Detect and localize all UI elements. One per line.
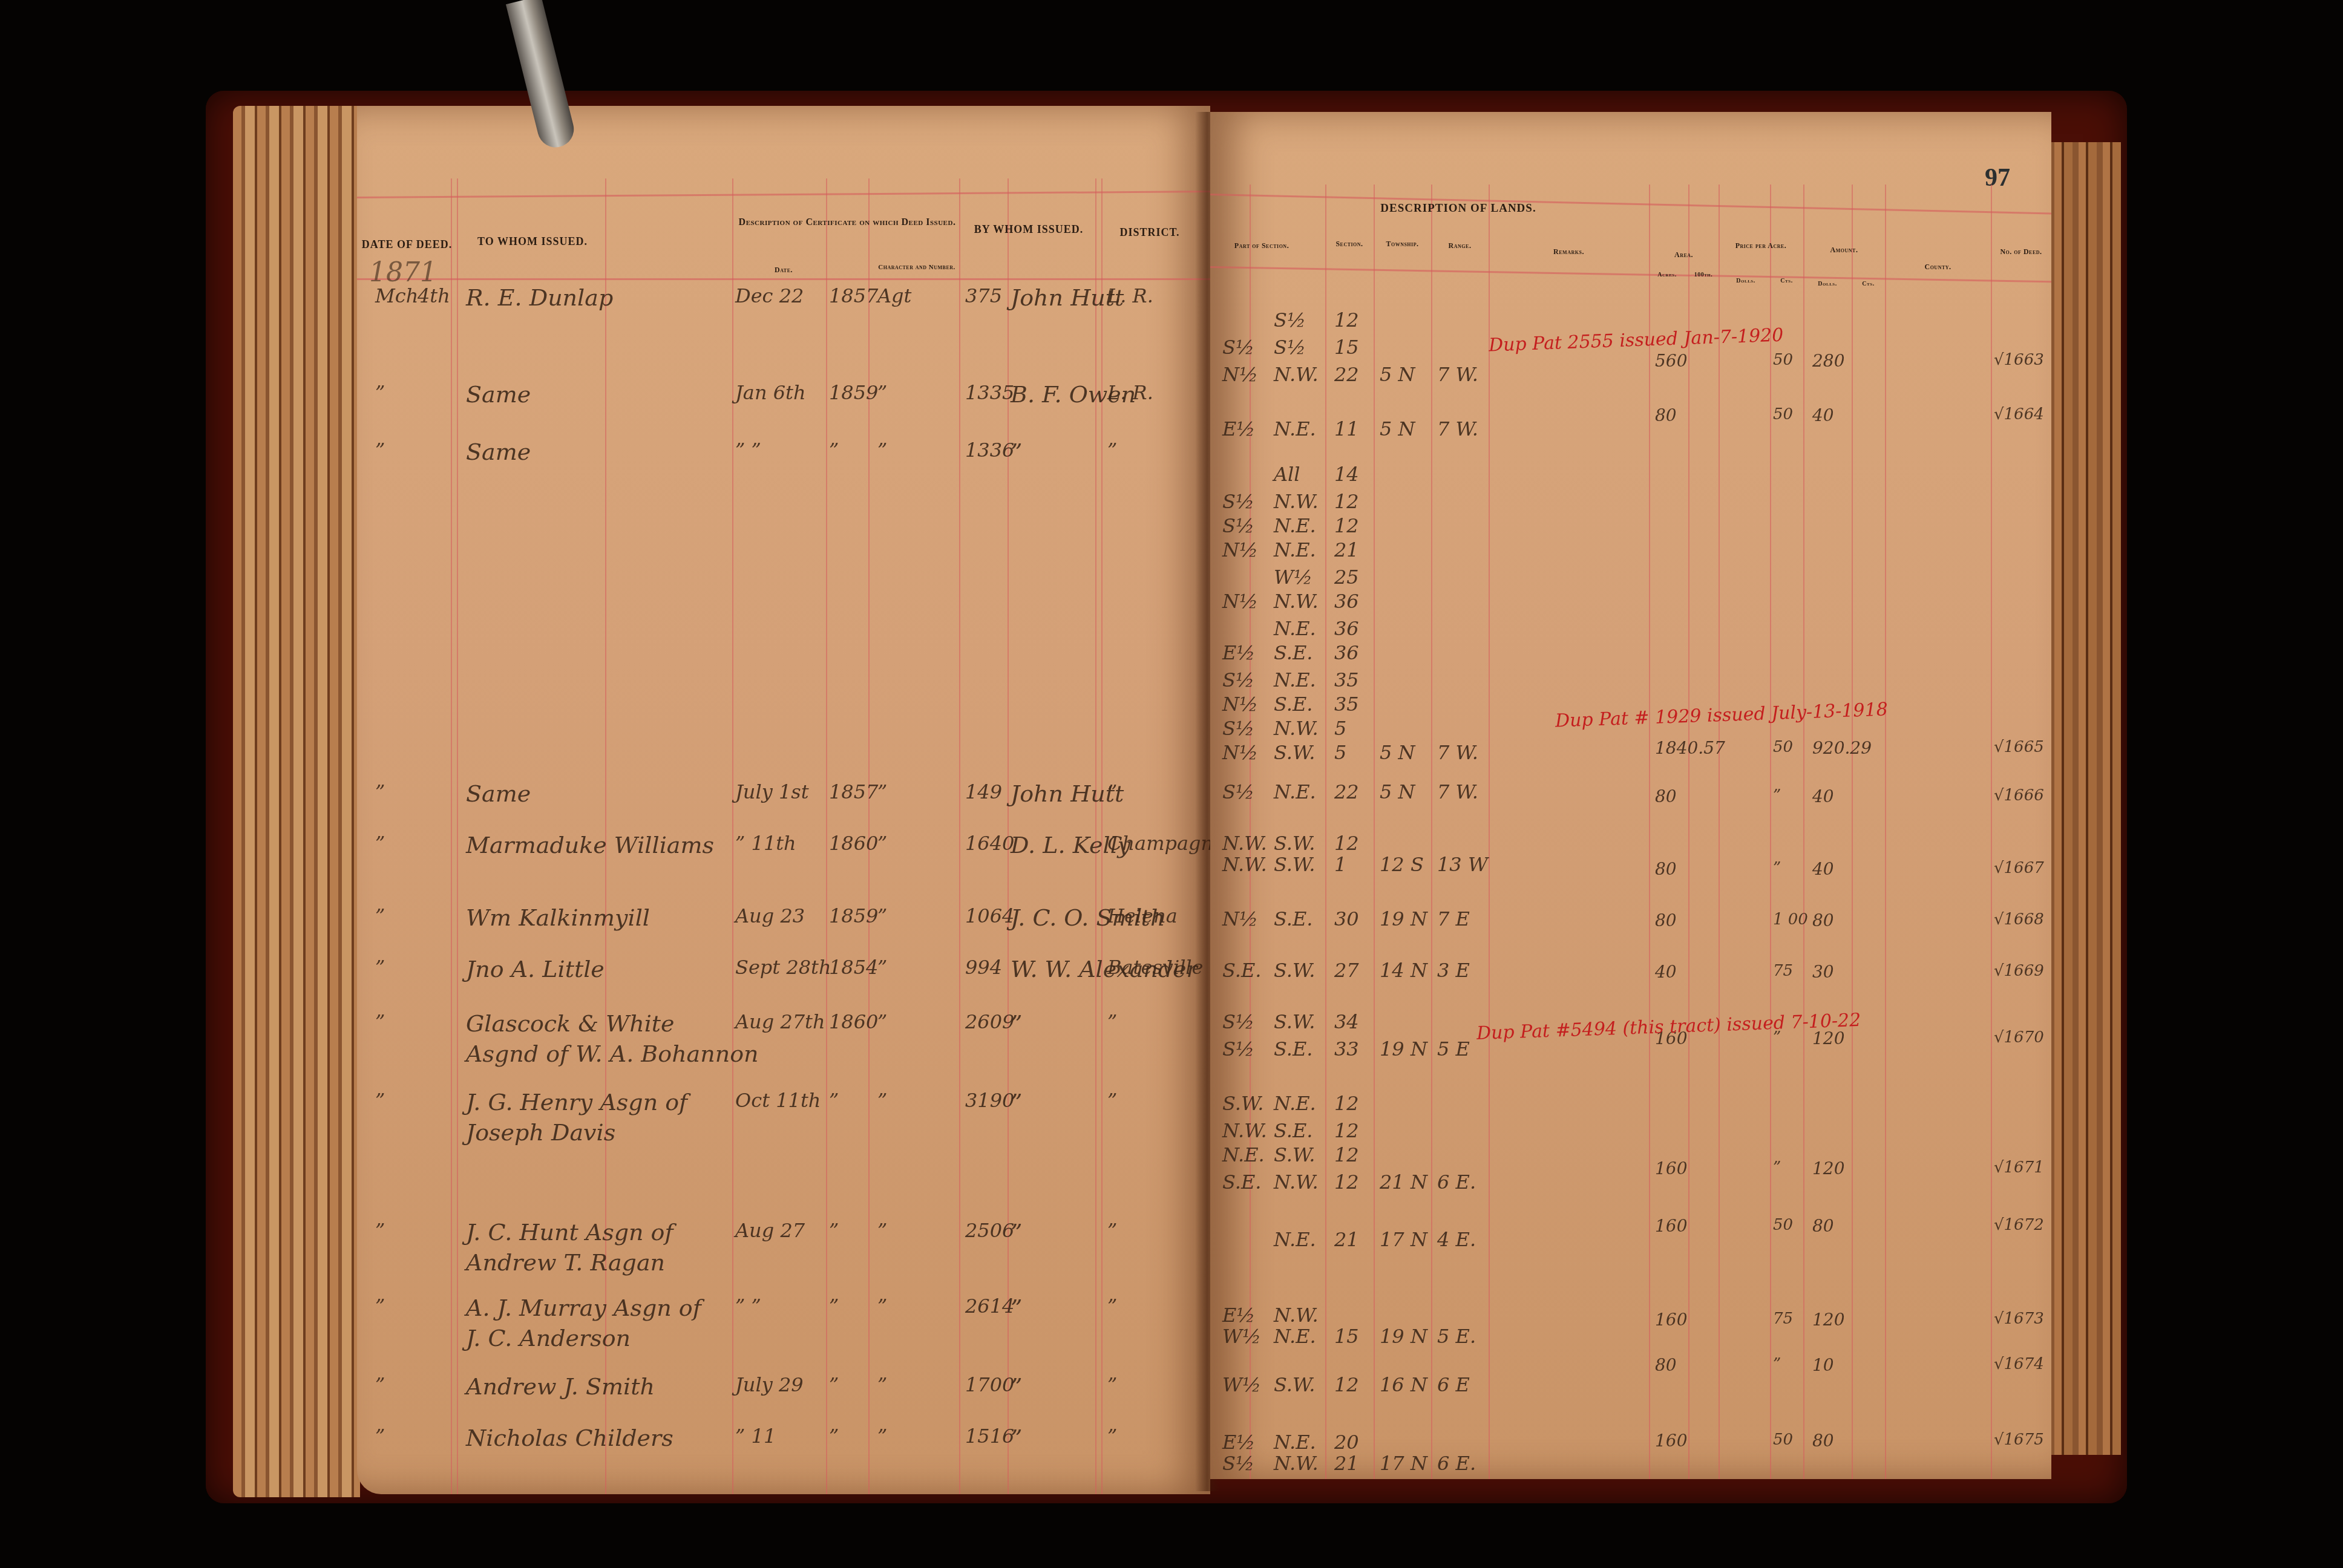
entry-district: Batesville (1107, 956, 1204, 979)
land-section: 14 (1334, 463, 1359, 486)
land-section: 36 (1334, 641, 1359, 664)
land-subdivision: N.E. (1274, 780, 1316, 803)
entry-cert-date: Aug 27th (735, 1010, 825, 1033)
land-subdivision: N.E. (1274, 1431, 1316, 1454)
land-part: N½ (1222, 538, 1258, 561)
page-edges-left (233, 106, 360, 1497)
land-section: 12 (1334, 490, 1359, 513)
entry-district: L. R. (1107, 381, 1153, 404)
entry-cert-year: ” (829, 1219, 839, 1242)
entry-name-line2: Asgnd of W. A. Bohannon (466, 1040, 759, 1067)
entry-name: R. E. Dunlap (466, 284, 613, 311)
land-part: S½ (1222, 668, 1254, 691)
entry-month: ” (375, 1089, 385, 1112)
land-subdivision: S.W. (1274, 853, 1315, 876)
entry-name: J. G. Henry Asgn of (466, 1089, 687, 1116)
entry-cert-date: ” 11th (735, 832, 796, 855)
land-township: 17 N (1380, 1228, 1427, 1251)
amount-dollars: 80 (1812, 910, 1834, 930)
area-acres: 80 (1655, 859, 1677, 879)
land-subdivision: N.W. (1274, 363, 1319, 386)
header-price-dolls: Dolls. (1722, 278, 1770, 285)
price-cents: ” (1773, 1158, 1781, 1177)
land-subdivision: S.W. (1274, 1373, 1315, 1396)
price-cents: 1 00 (1773, 910, 1808, 929)
land-range: 6 E (1437, 1373, 1470, 1396)
land-section: 11 (1334, 417, 1359, 440)
entry-cert-date: ” ” (735, 1295, 761, 1318)
price-cents: 50 (1773, 738, 1793, 756)
entry-cert-year: 1860 (829, 832, 878, 855)
entry-name: Wm Kalkinmyill (466, 904, 650, 931)
entry-cert-date: July 29 (735, 1373, 804, 1396)
header-section: Section. (1325, 240, 1374, 248)
price-cents: 50 (1773, 405, 1793, 423)
land-part: S½ (1222, 780, 1254, 803)
entry-by-whom: ” (1011, 1089, 1022, 1116)
land-subdivision: N.E. (1274, 1325, 1316, 1348)
amount-dollars: 10 (1812, 1355, 1834, 1375)
land-subdivision: N.W. (1274, 717, 1319, 740)
land-subdivision: S.W. (1274, 1010, 1315, 1033)
land-township: 16 N (1380, 1373, 1427, 1396)
land-section: 21 (1334, 1452, 1359, 1475)
header-cert-date: Date. (738, 266, 829, 274)
col-rule (1649, 185, 1650, 1479)
entry-name-line2: Andrew T. Ragan (466, 1249, 665, 1276)
amount-dollars: 40 (1812, 786, 1834, 806)
entry-character: ” (877, 1010, 887, 1033)
entry-character: ” (877, 904, 887, 927)
entry-cert-year: 1854 (829, 956, 878, 979)
land-township: 12 S (1380, 853, 1424, 876)
entry-district: ” (1107, 1425, 1117, 1448)
header-cert-character-number: Character and Number. (871, 264, 962, 272)
entry-name: Nicholas Childers (466, 1425, 673, 1451)
header-to-whom-issued: TO WHOM ISSUED. (460, 236, 605, 247)
entry-month: Mch (375, 284, 418, 307)
land-subdivision: N.W. (1274, 590, 1319, 613)
entry-name: Glascock & White (466, 1010, 675, 1037)
col-rule (959, 178, 960, 1494)
entry-by-whom: ” (1011, 1219, 1022, 1246)
land-range: 7 E (1437, 907, 1470, 930)
land-part: S½ (1222, 514, 1254, 537)
entry-name: Jno A. Little (466, 956, 605, 982)
col-rule (1803, 185, 1804, 1479)
header-amount-cts: Cts. (1852, 281, 1885, 288)
land-range: 6 E. (1437, 1452, 1476, 1475)
land-part: E½ (1222, 1304, 1255, 1327)
land-township: 5 N (1380, 417, 1415, 440)
entry-character: ” (877, 956, 887, 979)
entry-cert-number: 3190 (965, 1089, 1014, 1112)
entry-cert-number: 2609 (965, 1010, 1014, 1033)
land-township: 14 N (1380, 959, 1427, 982)
land-township: 5 N (1380, 363, 1415, 386)
entry-cert-year: 1859 (829, 381, 878, 404)
land-section: 12 (1334, 1373, 1359, 1396)
amount-dollars: 40 (1812, 405, 1834, 425)
deed-number: √1666 (1994, 786, 2044, 805)
entry-cert-year: 1859 (829, 904, 878, 927)
entry-cert-number: 1700 (965, 1373, 1014, 1396)
header-date-of-deed: DATE OF DEED. (357, 239, 457, 250)
entry-name: Marmaduke Williams (466, 832, 714, 858)
deed-number: √1667 (1994, 859, 2044, 877)
land-section: 5 (1334, 717, 1346, 740)
header-certificate: Description of Certificate on which Deed… (738, 218, 956, 228)
entry-district: ” (1107, 1373, 1117, 1396)
land-subdivision: S.E. (1274, 641, 1312, 664)
entry-by-whom: ” (1011, 1425, 1022, 1451)
price-cents: ” (1773, 859, 1781, 877)
entry-month: ” (375, 1425, 385, 1448)
land-subdivision: W½ (1274, 566, 1312, 589)
land-township: 21 N (1380, 1171, 1427, 1194)
col-rule (1719, 185, 1720, 1479)
land-subdivision: N.E. (1274, 1228, 1316, 1251)
land-part: S½ (1222, 490, 1254, 513)
price-cents: 50 (1773, 1216, 1793, 1234)
entry-by-whom: ” (1011, 1295, 1022, 1321)
land-subdivision: S.E. (1274, 1119, 1312, 1142)
amount-dollars: 30 (1812, 962, 1834, 982)
price-cents: ” (1773, 1355, 1781, 1373)
land-section: 12 (1334, 1119, 1359, 1142)
land-subdivision: N.W. (1274, 490, 1319, 513)
entry-character: ” (877, 780, 887, 803)
header-no-of-deed: No. of Deed. (1991, 248, 2051, 256)
col-rule (1770, 185, 1771, 1479)
amount-dollars: 120 (1812, 1158, 1844, 1178)
col-rule (451, 178, 452, 1494)
land-section: 12 (1334, 309, 1359, 332)
land-subdivision: S.W. (1274, 741, 1315, 764)
land-subdivision: N.E. (1274, 417, 1316, 440)
area-acres: 80 (1655, 405, 1677, 425)
col-rule (1852, 185, 1853, 1479)
price-cents: 75 (1773, 1310, 1793, 1328)
header-price-per-acre: Price per Acre. (1722, 242, 1800, 250)
entry-cert-year: ” (829, 1425, 839, 1448)
land-section: 1 (1334, 853, 1346, 876)
land-subdivision: S.W. (1274, 1143, 1315, 1166)
page-number: 97 (1985, 163, 2010, 192)
entry-cert-year: 1857 (829, 780, 878, 803)
entry-cert-number: 375 (965, 284, 1002, 307)
land-subdivision: N.W. (1274, 1171, 1319, 1194)
land-part: S½ (1222, 1452, 1254, 1475)
col-rule (457, 178, 458, 1494)
land-subdivision: All (1274, 463, 1300, 486)
deed-number: √1665 (1994, 738, 2044, 756)
land-range: 7 W. (1437, 363, 1478, 386)
col-rule (732, 178, 733, 1494)
land-section: 15 (1334, 1325, 1359, 1348)
page-edges-right (2048, 142, 2121, 1455)
entry-cert-date: ” 11 (735, 1425, 776, 1448)
entry-cert-year: 1857 (829, 284, 878, 307)
entry-month: ” (375, 381, 385, 404)
deed-number: √1669 (1994, 962, 2044, 980)
land-range: 6 E. (1437, 1171, 1476, 1194)
land-subdivision: N.E. (1274, 617, 1316, 640)
col-rule (1688, 185, 1689, 1479)
entry-district: Helena (1107, 904, 1178, 927)
land-section: 34 (1334, 1010, 1359, 1033)
entry-district: L. R. (1107, 284, 1153, 307)
land-section: 36 (1334, 617, 1359, 640)
entry-cert-number: 149 (965, 780, 1002, 803)
deed-number: √1663 (1994, 351, 2044, 369)
header-description-of-lands: DESCRIPTION OF LANDS. (1362, 203, 1555, 215)
land-range: 7 W. (1437, 741, 1478, 764)
land-part: E½ (1222, 417, 1255, 440)
land-part: N½ (1222, 693, 1258, 716)
entry-cert-number: 1336 (965, 439, 1014, 462)
land-subdivision: S.E. (1274, 693, 1312, 716)
land-subdivision: S½ (1274, 309, 1306, 332)
rule-top (1210, 194, 2051, 215)
entry-character: ” (877, 1219, 887, 1242)
entry-cert-number: 1335 (965, 381, 1014, 404)
entry-by-whom: ” (1011, 1373, 1022, 1400)
land-subdivision: N.E. (1274, 668, 1316, 691)
land-part: N½ (1222, 590, 1258, 613)
price-cents: 50 (1773, 1431, 1793, 1449)
entry-character: ” (877, 1089, 887, 1112)
land-subdivision: S.E. (1274, 907, 1312, 930)
entry-cert-date: Oct 11th (735, 1089, 821, 1112)
year-note: 1871 (369, 257, 437, 288)
entry-cert-year: ” (829, 439, 839, 462)
deed-number: √1670 (1994, 1028, 2044, 1047)
land-township: 19 N (1380, 1037, 1427, 1060)
amount-dollars: 280 (1812, 351, 1844, 371)
rule-header-bottom (357, 278, 1210, 280)
land-part: S½ (1222, 1037, 1254, 1060)
entry-character: ” (877, 381, 887, 404)
land-subdivision: S.W. (1274, 832, 1315, 855)
header-county: County. (1885, 263, 1991, 271)
entry-district: ” (1107, 1089, 1117, 1112)
land-part: N.E. (1222, 1143, 1265, 1166)
land-township: 5 N (1380, 741, 1415, 764)
entry-month: ” (375, 1219, 385, 1242)
entry-month: ” (375, 956, 385, 979)
entry-district: ” (1107, 1295, 1117, 1318)
area-acres: 160 (1655, 1310, 1687, 1330)
entry-month: ” (375, 1295, 385, 1318)
entry-cert-year: ” (829, 1373, 839, 1396)
entry-district: ” (1107, 780, 1117, 803)
entry-cert-number: 1516 (965, 1425, 1014, 1448)
entry-character: ” (877, 439, 887, 462)
land-section: 12 (1334, 832, 1359, 855)
entry-month: ” (375, 780, 385, 803)
entry-month: ” (375, 904, 385, 927)
land-subdivision: N.E. (1274, 514, 1316, 537)
entry-cert-date: ” ” (735, 439, 761, 462)
col-rule (1431, 185, 1432, 1479)
header-part-of-section: Part of Section. (1210, 242, 1313, 250)
entry-cert-date: Aug 23 (735, 904, 805, 927)
entry-cert-number: 1640 (965, 832, 1014, 855)
land-part: W½ (1222, 1325, 1261, 1348)
red-remark: Dup Pat 2555 issued Jan-7-1920 (1489, 325, 1784, 356)
area-acres: 160 (1655, 1431, 1687, 1451)
deed-number: √1672 (1994, 1216, 2044, 1234)
entry-by-whom: ” (1011, 439, 1022, 465)
deed-number: √1674 (1994, 1355, 2044, 1373)
col-rule (1325, 185, 1326, 1479)
deed-number: √1671 (1994, 1158, 2044, 1177)
entry-cert-year: ” (829, 1295, 839, 1318)
land-section: 25 (1334, 566, 1359, 589)
col-rule (1991, 185, 1992, 1479)
header-township: Township. (1374, 240, 1431, 248)
entry-cert-year: 1860 (829, 1010, 878, 1033)
land-subdivision: N.W. (1274, 1304, 1319, 1327)
entry-month: ” (375, 439, 385, 462)
land-range: 5 E. (1437, 1325, 1476, 1348)
land-range: 5 E (1437, 1037, 1470, 1060)
land-township: 5 N (1380, 780, 1415, 803)
entry-cert-date: Aug 27 (735, 1219, 805, 1242)
deed-number: √1664 (1994, 405, 2044, 423)
area-acres: 160 (1655, 1216, 1687, 1236)
left-page: DATE OF DEED. TO WHOM ISSUED. Descriptio… (357, 106, 1210, 1494)
amount-dollars: 120 (1812, 1310, 1844, 1330)
entry-cert-number: 2506 (965, 1219, 1014, 1242)
entry-district: ” (1107, 439, 1117, 462)
entry-cert-year: ” (829, 1089, 839, 1112)
entry-character: ” (877, 1373, 887, 1396)
entry-cert-number: 2614 (965, 1295, 1014, 1318)
red-remark: Dup Pat # 1929 issued July-13-1918 (1555, 699, 1889, 731)
land-part: S.E. (1222, 959, 1261, 982)
entry-character: ” (877, 1425, 887, 1448)
land-range: 7 W. (1437, 780, 1478, 803)
land-section: 30 (1334, 907, 1359, 930)
land-part: S½ (1222, 1010, 1254, 1033)
land-township: 17 N (1380, 1452, 1427, 1475)
amount-dollars: 920.29 (1812, 738, 1872, 758)
land-part: S½ (1222, 336, 1254, 359)
entry-day: 4th (418, 284, 450, 307)
land-part: N.W. (1222, 1119, 1267, 1142)
entry-month: ” (375, 832, 385, 855)
header-by-whom-issued: BY WHOM ISSUED. (962, 224, 1095, 235)
land-range: 3 E (1437, 959, 1470, 982)
deed-number: √1673 (1994, 1310, 2044, 1328)
entry-name: A. J. Murray Asgn of (466, 1295, 701, 1321)
land-subdivision: S.W. (1274, 959, 1315, 982)
entry-cert-date: Sept 28th (735, 956, 831, 979)
entry-cert-number: 994 (965, 956, 1002, 979)
entry-character: Agt (877, 284, 911, 307)
header-price-cts: Cts. (1770, 278, 1803, 285)
header-amount-dolls: Dolls. (1803, 281, 1852, 288)
entry-character: ” (877, 1295, 887, 1318)
deed-number: √1675 (1994, 1431, 2044, 1449)
land-subdivision: S.E. (1274, 1037, 1312, 1060)
land-township: 19 N (1380, 907, 1427, 930)
land-section: 12 (1334, 1092, 1359, 1115)
area-acres: 160 (1655, 1158, 1687, 1178)
land-part: E½ (1222, 641, 1255, 664)
header-hundredths: 100th. (1688, 272, 1719, 279)
area-acres: 1840.57 (1655, 738, 1725, 758)
area-acres: 560 (1655, 351, 1687, 371)
entry-cert-date: July 1st (735, 780, 809, 803)
entry-month: ” (375, 1373, 385, 1396)
land-range: 7 W. (1437, 417, 1478, 440)
land-subdivision: S½ (1274, 336, 1306, 359)
entry-name: J. C. Hunt Asgn of (466, 1219, 673, 1246)
land-part: N.W. (1222, 853, 1267, 876)
area-acres: 80 (1655, 786, 1677, 806)
rule-top (357, 191, 1210, 198)
land-part: N.W. (1222, 832, 1267, 855)
price-cents: ” (1773, 786, 1781, 805)
amount-dollars: 80 (1812, 1216, 1834, 1236)
land-section: 35 (1334, 668, 1359, 691)
entry-by-whom: ” (1011, 1010, 1022, 1037)
land-section: 35 (1334, 693, 1359, 716)
right-page: 97 DESCRIPTION OF LANDS. Part of Section… (1210, 112, 2051, 1479)
header-amount: Amount. (1803, 246, 1885, 254)
land-section: 12 (1334, 514, 1359, 537)
land-part: W½ (1222, 1373, 1261, 1396)
col-rule (1374, 185, 1375, 1479)
land-section: 20 (1334, 1431, 1359, 1454)
entry-district: ” (1107, 1219, 1117, 1242)
col-rule (826, 178, 827, 1494)
land-section: 27 (1334, 959, 1359, 982)
area-acres: 80 (1655, 910, 1677, 930)
land-section: 21 (1334, 1228, 1359, 1251)
land-subdivision: N.E. (1274, 1092, 1316, 1115)
entry-name: Andrew J. Smith (466, 1373, 655, 1400)
deed-number: √1668 (1994, 910, 2044, 929)
entry-cert-date: Dec 22 (735, 284, 804, 307)
land-subdivision: N.E. (1274, 538, 1316, 561)
land-township: 19 N (1380, 1325, 1427, 1348)
price-cents: 75 (1773, 962, 1793, 980)
land-part: S.E. (1222, 1171, 1261, 1194)
area-acres: 80 (1655, 1355, 1677, 1375)
header-range: Range. (1431, 242, 1489, 250)
land-range: 13 W (1437, 853, 1488, 876)
area-acres: 40 (1655, 962, 1677, 982)
land-section: 36 (1334, 590, 1359, 613)
amount-dollars: 40 (1812, 859, 1834, 879)
land-section: 5 (1334, 741, 1346, 764)
amount-dollars: 80 (1812, 1431, 1834, 1451)
entry-name: Same (466, 780, 531, 807)
col-rule (1489, 185, 1490, 1479)
entry-month: ” (375, 1010, 385, 1033)
land-range: 4 E. (1437, 1228, 1476, 1251)
header-district: DISTRICT. (1104, 227, 1195, 238)
land-part: E½ (1222, 1431, 1255, 1454)
entry-cert-date: Jan 6th (735, 381, 806, 404)
entry-name-line2: J. C. Anderson (466, 1325, 631, 1351)
land-part: S.W. (1222, 1092, 1263, 1115)
land-part: N½ (1222, 363, 1258, 386)
